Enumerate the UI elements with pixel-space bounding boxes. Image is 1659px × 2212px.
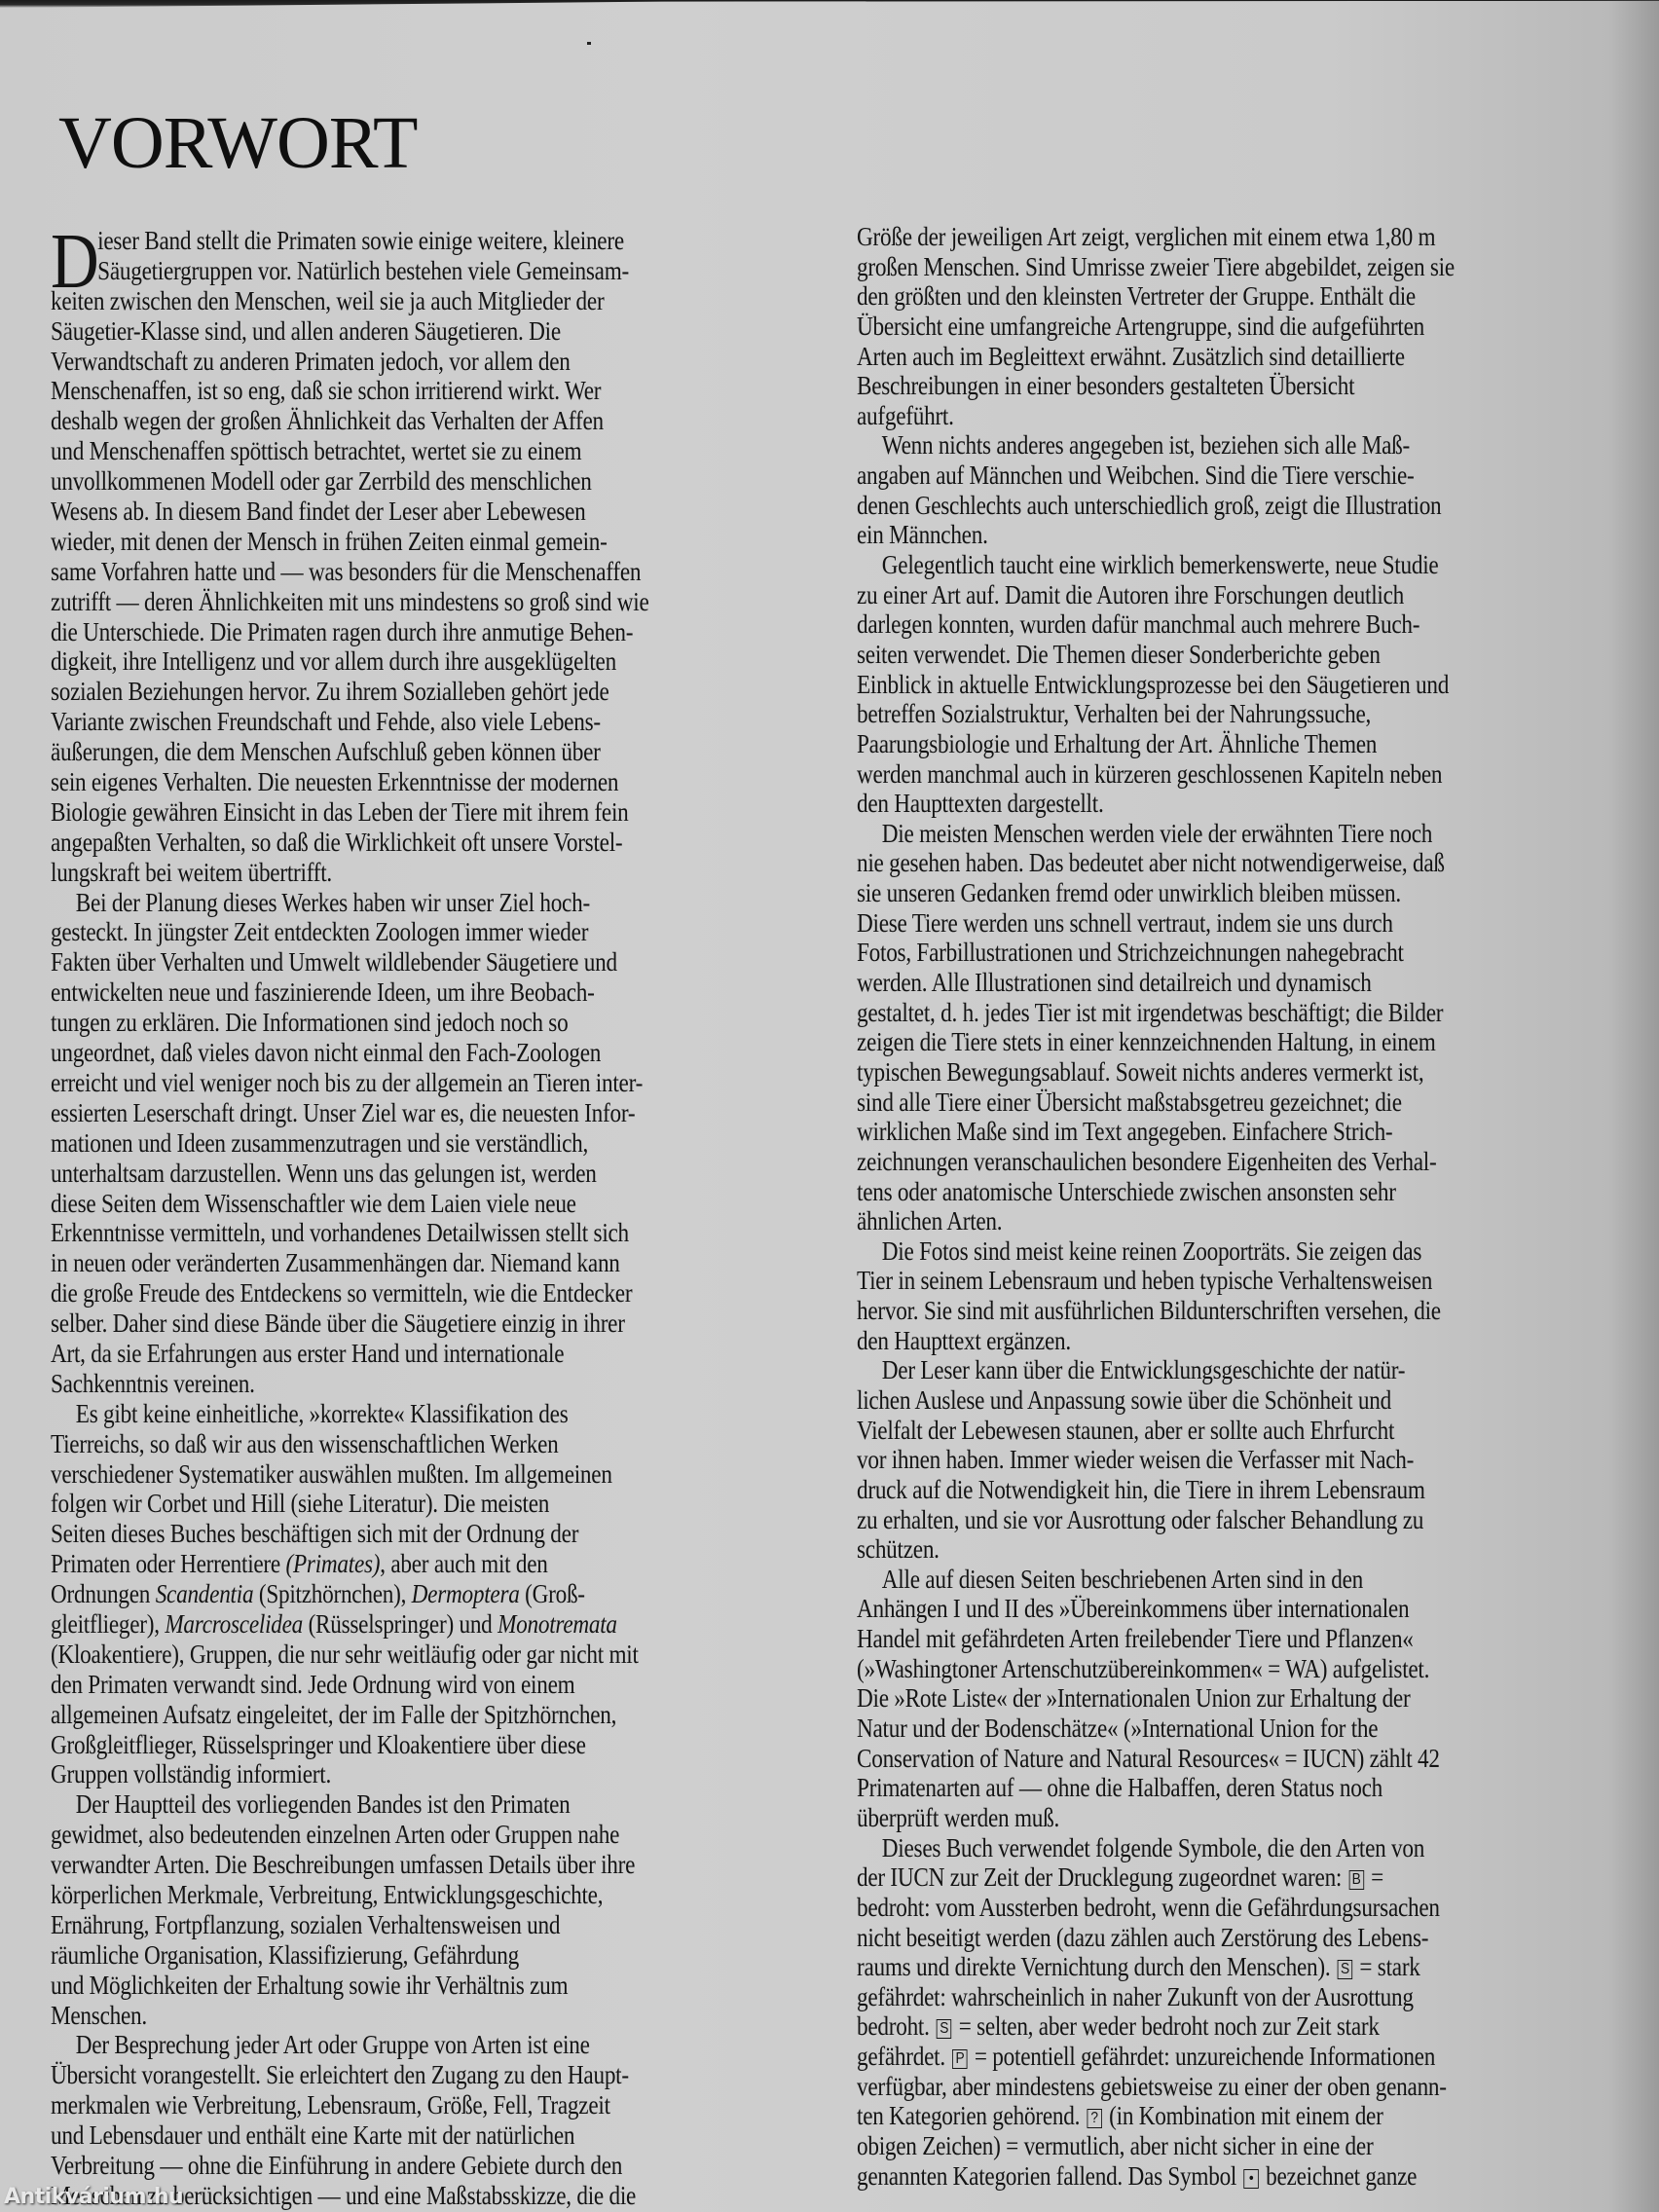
text-line: der IUCN zur Zeit der Drucklegung zugeor… bbox=[857, 1862, 1527, 1893]
symbol-unsicher-icon: ? bbox=[1087, 2109, 1101, 2128]
taxon-name: Monotremata bbox=[498, 1609, 617, 1639]
text-line: Anhängen I und II des »Übereinkommens üb… bbox=[857, 1594, 1527, 1624]
text-line: großen Menschen. Sind Umrisse zweier Tie… bbox=[857, 252, 1527, 282]
text-line: raums und direkte Vernichtung durch den … bbox=[857, 1952, 1527, 1982]
text-line: lungskraft bei weitem übertrifft. bbox=[51, 858, 712, 888]
text-line: verschiedener Systematiker auswählen muß… bbox=[51, 1459, 712, 1490]
text-line: Fotos, Farbillustrationen und Strichzeic… bbox=[857, 938, 1527, 968]
text-line: gesteckt. In jüngster Zeit entdeckten Zo… bbox=[51, 917, 712, 947]
paragraph-start: Die Fotos sind meist keine reinen Zoopor… bbox=[857, 1236, 1527, 1267]
paragraph-start: Die meisten Menschen werden viele der er… bbox=[857, 819, 1527, 849]
text-line: die Unterschiede. Die Primaten ragen dur… bbox=[51, 617, 712, 647]
text-line: tens oder anatomische Unterschiede zwisc… bbox=[857, 1177, 1527, 1207]
text-line: Handel mit gefährdeten Arten freilebende… bbox=[857, 1624, 1527, 1654]
text-line: Säugetier-Klasse sind, und allen anderen… bbox=[51, 316, 712, 347]
text-line: sein eigenes Verhalten. Die neuesten Erk… bbox=[51, 767, 712, 797]
text-line: angaben auf Männchen und Weibchen. Sind … bbox=[857, 461, 1527, 491]
text-line: same Vorfahren hatte und — was besonders… bbox=[51, 557, 712, 587]
text-line: Seiten dieses Buches beschäftigen sich m… bbox=[51, 1519, 712, 1549]
text-line: zu einer Art auf. Damit die Autoren ihre… bbox=[857, 580, 1527, 610]
text-line: äußerungen, die dem Menschen Aufschluß g… bbox=[51, 737, 712, 767]
text-line: lichen Auslese und Anpassung sowie über … bbox=[857, 1385, 1527, 1416]
text-line: Die »Rote Liste« der »Internationalen Un… bbox=[857, 1683, 1527, 1714]
text-line: essierten Leserschaft dringt. Unser Ziel… bbox=[51, 1098, 712, 1128]
text-line: zeichnungen veranschaulichen besondere E… bbox=[857, 1147, 1527, 1177]
text-line: mationen und Ideen zusammenzutragen und … bbox=[51, 1128, 712, 1159]
text-line: Übersicht eine umfangreiche Artengruppe,… bbox=[857, 312, 1527, 342]
text-line: Erkenntnisse vermitteln, und vorhandenes… bbox=[51, 1218, 712, 1248]
text-line: Tierreichs, so daß wir aus den wissensch… bbox=[51, 1429, 712, 1459]
taxon-name: Dermoptera bbox=[412, 1579, 520, 1608]
text-line: tungen zu erklären. Die Informationen si… bbox=[51, 1008, 712, 1038]
text-line: angepaßten Verhalten, so daß die Wirklic… bbox=[51, 828, 712, 858]
text-line: zu erhalten, und sie vor Ausrottung oder… bbox=[857, 1505, 1527, 1535]
text-line: Primatenarten auf — ohne die Halbaffen, … bbox=[857, 1773, 1527, 1803]
text-line: keiten zwischen den Menschen, weil sie j… bbox=[51, 286, 712, 316]
text-line: sie unseren Gedanken fremd oder unwirkli… bbox=[857, 878, 1527, 908]
text-line: Diese Tiere werden uns schnell vertraut,… bbox=[857, 908, 1527, 939]
text-line: Art, da sie Erfahrungen aus erster Hand … bbox=[51, 1339, 712, 1369]
text-line: vor ihnen haben. Immer wieder weisen die… bbox=[857, 1445, 1527, 1475]
text-line: verfügbar, aber mindestens gebietsweise … bbox=[857, 2072, 1527, 2102]
text-line: Arten auch im Begleittext erwähnt. Zusät… bbox=[857, 342, 1527, 372]
text-line: Menschen. bbox=[51, 2001, 712, 2031]
text-line: gleitflieger), Marcroscelidea (Rüsselspr… bbox=[51, 1609, 712, 1640]
text-line: bedroht. S = selten, aber weder bedroht … bbox=[857, 2011, 1527, 2042]
text-line: digkeit, ihre Intelligenz und vor allem … bbox=[51, 646, 712, 677]
right-text-column: Größe der jeweiligen Art zeigt, verglich… bbox=[857, 222, 1636, 2191]
text-line: betreffen Sozialstruktur, Verhalten bei … bbox=[857, 699, 1527, 729]
text-line: werden. Alle Illustrationen sind detailr… bbox=[857, 968, 1527, 998]
text-line: und Lebensdauer und enthält eine Karte m… bbox=[51, 2120, 712, 2151]
text-line: hervor. Sie sind mit ausführlichen Bildu… bbox=[857, 1296, 1527, 1326]
text-line: Verwandtschaft zu anderen Primaten jedoc… bbox=[51, 347, 712, 377]
text-line: Fakten über Verhalten und Umwelt wildleb… bbox=[51, 947, 712, 977]
text-line: räumliche Organisation, Klassifizierung,… bbox=[51, 1940, 712, 1971]
text-line: sozialen Beziehungen hervor. Zu ihrem So… bbox=[51, 677, 712, 707]
text-line: schützen. bbox=[857, 1534, 1527, 1565]
text-line: Beschreibungen in einer besonders gestal… bbox=[857, 371, 1527, 401]
text-line: ungeordnet, daß vieles davon nicht einma… bbox=[51, 1038, 712, 1068]
text-line: Biologie gewähren Einsicht in das Leben … bbox=[51, 797, 712, 828]
symbol-stark-gefaehrdet-icon: S bbox=[1338, 1960, 1352, 1979]
print-speck bbox=[587, 42, 591, 45]
text-line: Vielfalt der Lebewesen staunen, aber er … bbox=[857, 1416, 1527, 1446]
text-line: und Menschenaffen spöttisch betrachtet, … bbox=[51, 436, 712, 466]
text-line: seiten verwendet. Die Themen dieser Sond… bbox=[857, 640, 1527, 670]
text-line: Großgleitflieger, Rüsselspringer und Klo… bbox=[51, 1730, 712, 1760]
text-line: den Haupttexten dargestellt. bbox=[857, 789, 1527, 819]
text-line: den Primaten verwandt sind. Jede Ordnung… bbox=[51, 1670, 712, 1700]
text-line: Paarungsbiologie und Erhaltung der Art. … bbox=[857, 729, 1527, 759]
text-line: Ernährung, Fortpflanzung, sozialen Verha… bbox=[51, 1910, 712, 1940]
text-line: ähnlichen Arten. bbox=[857, 1206, 1527, 1236]
text-line: (»Washingtoner Artenschutzübereinkommen«… bbox=[857, 1654, 1527, 1684]
symbol-potentiell-icon: P bbox=[952, 2049, 967, 2069]
text-line: Primaten oder Herrentiere (Primates), ab… bbox=[51, 1549, 712, 1579]
taxon-name: Scandentia bbox=[156, 1579, 254, 1608]
text-line: zutrifft — deren Ähnlichkeiten mit uns m… bbox=[51, 587, 712, 617]
text-line: Verbreitung — ohne die Einführung in and… bbox=[51, 2151, 712, 2181]
text-line: darlegen konnten, wurden dafür manchmal … bbox=[857, 609, 1527, 640]
text-line: die große Freude des Entdeckens so vermi… bbox=[51, 1278, 712, 1309]
watermark: Antikvárium.hu bbox=[4, 2185, 183, 2209]
text-line: ten Kategorien gehörend. ? (in Kombinati… bbox=[857, 2101, 1527, 2131]
symbol-bedroht-icon: B bbox=[1348, 1870, 1363, 1890]
text-line: diese Seiten dem Wissenschaftler wie dem… bbox=[51, 1189, 712, 1219]
taxon-name: (Primates) bbox=[286, 1549, 381, 1578]
text-line: unvollkommenen Modell oder gar Zerrbild … bbox=[51, 466, 712, 497]
text-line: den größten und den kleinsten Vertreter … bbox=[857, 281, 1527, 312]
page-title: VORWORT bbox=[58, 106, 417, 180]
paragraph-start: Der Leser kann über die Entwicklungsgesc… bbox=[857, 1355, 1527, 1385]
left-text-column: D ieser Band stellt die Primaten sowie e… bbox=[51, 226, 820, 2211]
text-line: nicht beseitigt werden (dazu zählen auch… bbox=[857, 1923, 1527, 1953]
taxon-name: Marcroscelidea bbox=[165, 1609, 303, 1639]
text-line: gefährdet: wahrscheinlich in naher Zukun… bbox=[857, 1982, 1527, 2012]
text-line: sind alle Tiere einer Übersicht maßstabs… bbox=[857, 1088, 1527, 1118]
text-line: Gruppen vollständig informiert. bbox=[51, 1759, 712, 1789]
text-line: bedroht: vom Aussterben bedroht, wenn di… bbox=[857, 1893, 1527, 1923]
text-line: Conservation of Nature and Natural Resou… bbox=[857, 1744, 1527, 1774]
paragraph-start: Es gibt keine einheitliche, »korrekte« K… bbox=[51, 1399, 712, 1429]
text-line: gewidmet, also bedeutenden einzelnen Art… bbox=[51, 1820, 712, 1850]
text-line: Tier in seinem Lebensraum und heben typi… bbox=[857, 1266, 1527, 1296]
text-line: überprüft werden muß. bbox=[857, 1803, 1527, 1833]
text-line: Größe der jeweiligen Art zeigt, verglich… bbox=[857, 222, 1527, 252]
text-line: entwickelten neue und faszinierende Idee… bbox=[51, 977, 712, 1008]
text-line: nie gesehen haben. Das bedeutet aber nic… bbox=[857, 848, 1527, 878]
text-line: körperlichen Merkmale, Verbreitung, Entw… bbox=[51, 1880, 712, 1910]
text-line: Einblick in aktuelle Entwicklungsprozess… bbox=[857, 670, 1527, 700]
text-line: folgen wir Corbet und Hill (siehe Litera… bbox=[51, 1489, 712, 1519]
text-line: selber. Daher sind diese Bände über die … bbox=[51, 1309, 712, 1339]
text-line: gefährdet. P = potentiell gefährdet: unz… bbox=[857, 2042, 1527, 2072]
text-line: Säugetiergruppen vor. Natürlich bestehen… bbox=[51, 256, 712, 286]
paragraph-start: Wenn nichts anderes angegeben ist, bezie… bbox=[857, 430, 1527, 461]
text-line: denen Geschlechts auch unterschiedlich g… bbox=[857, 491, 1527, 521]
text-line: den Haupttext ergänzen. bbox=[857, 1326, 1527, 1356]
text-line: ein Männchen. bbox=[857, 520, 1527, 550]
text-line: deshalb wegen der großen Ähnlichkeit das… bbox=[51, 406, 712, 436]
text-line: allgemeinen Aufsatz eingeleitet, der im … bbox=[51, 1700, 712, 1730]
text-line: genannten Kategorien fallend. Das Symbol… bbox=[857, 2161, 1527, 2192]
text-line: verwandter Arten. Die Beschreibungen umf… bbox=[51, 1850, 712, 1880]
text-line: werden manchmal auch in kürzeren geschlo… bbox=[857, 759, 1527, 790]
paragraph-start: Der Besprechung jeder Art oder Gruppe vo… bbox=[51, 2030, 712, 2060]
page-top-shadow bbox=[0, 0, 1659, 8]
text-line: Menschenaffen, ist so eng, daß sie schon… bbox=[51, 376, 712, 406]
text-line: und Möglichkeiten der Erhaltung sowie ih… bbox=[51, 1971, 712, 2001]
text-line: D ieser Band stellt die Primaten sowie e… bbox=[51, 226, 712, 256]
text-line: Variante zwischen Freundschaft und Fehde… bbox=[51, 707, 712, 737]
text-line: obigen Zeichen) = vermutlich, aber nicht… bbox=[857, 2131, 1527, 2161]
text-line: in neuen oder veränderten Zusammenhängen… bbox=[51, 1248, 712, 1278]
paragraph-start: Gelegentlich taucht eine wirklich bemerk… bbox=[857, 550, 1527, 580]
text-line: Natur und der Bodenschätze« (»Internatio… bbox=[857, 1714, 1527, 1744]
text-line: Sachkenntnis vereinen. bbox=[51, 1369, 712, 1399]
paragraph-start: Bei der Planung dieses Werkes haben wir … bbox=[51, 888, 712, 918]
text-line: druck auf die Notwendigkeit hin, die Tie… bbox=[857, 1475, 1527, 1505]
text-line: wieder, mit denen der Mensch in frühen Z… bbox=[51, 527, 712, 557]
text-line: gestaltet, d. h. jedes Tier ist mit irge… bbox=[857, 998, 1527, 1028]
text-line: erreicht und viel weniger noch bis zu de… bbox=[51, 1068, 712, 1098]
text-line: Wesens ab. In diesem Band findet der Les… bbox=[51, 497, 712, 527]
text-line: (Kloakentiere), Gruppen, die nur sehr we… bbox=[51, 1640, 712, 1670]
paragraph-start: Dieses Buch verwendet folgende Symbole, … bbox=[857, 1833, 1527, 1863]
text-line: zeigen die Tiere stets in einer kennzeic… bbox=[857, 1027, 1527, 1057]
text-line: typischen Bewegungsablauf. Soweit nichts… bbox=[857, 1057, 1527, 1088]
symbol-selten-icon: S bbox=[937, 2019, 951, 2039]
paragraph-start: Der Hauptteil des vorliegenden Bandes is… bbox=[51, 1789, 712, 1820]
paragraph-start: Alle auf diesen Seiten beschriebenen Art… bbox=[857, 1565, 1527, 1595]
text-line: aufgeführt. bbox=[857, 401, 1527, 431]
text-line: merkmalen wie Verbreitung, Lebensraum, G… bbox=[51, 2090, 712, 2120]
text-line: unterhaltsam darzustellen. Wenn uns das … bbox=[51, 1159, 712, 1189]
text-line: wirklichen Maße sind im Text angegeben. … bbox=[857, 1117, 1527, 1147]
symbol-ganze-icon: • bbox=[1243, 2169, 1258, 2189]
text-line: Übersicht vorangestellt. Sie erleichtert… bbox=[51, 2060, 712, 2090]
text-line: Ordnungen Scandentia (Spitzhörnchen), De… bbox=[51, 1579, 712, 1609]
